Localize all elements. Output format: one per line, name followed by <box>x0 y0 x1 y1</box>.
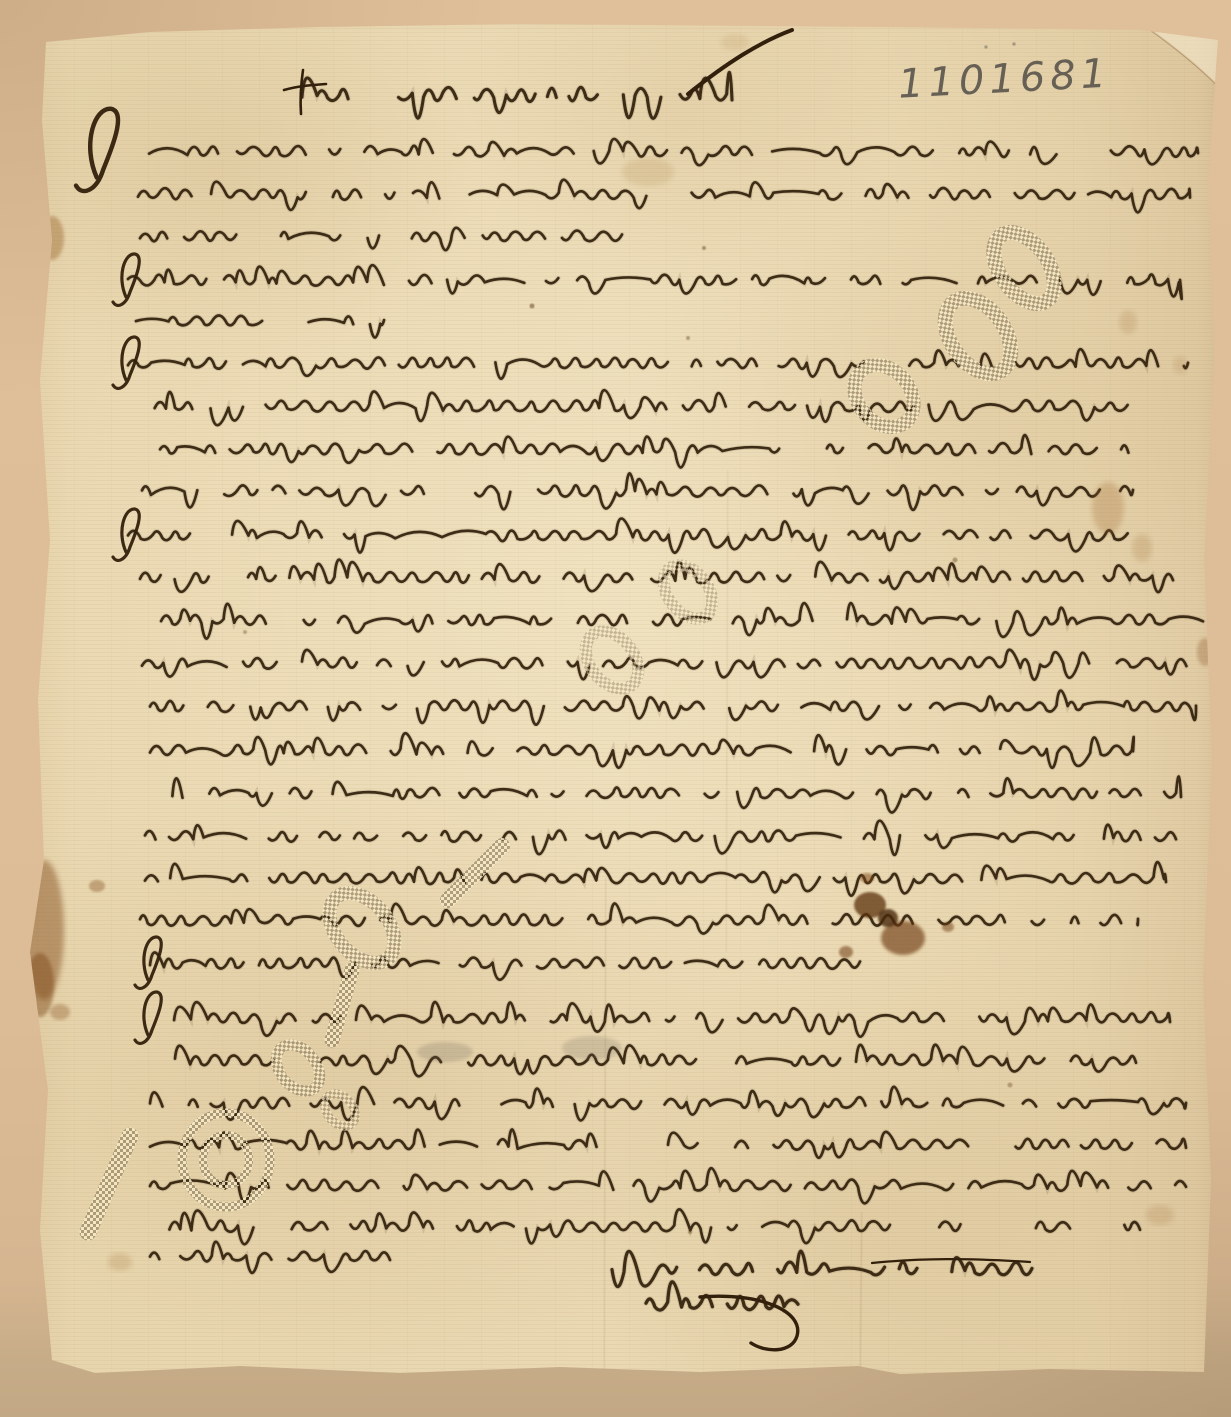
stain <box>688 1230 692 1234</box>
stain <box>839 946 853 958</box>
stain <box>40 216 64 260</box>
stain <box>530 304 535 309</box>
stain <box>89 880 105 892</box>
stain <box>108 1253 132 1271</box>
watermark-glyph <box>318 1088 361 1132</box>
fold-line <box>604 878 606 1370</box>
manuscript-overlay <box>0 0 1231 1417</box>
stain <box>1008 1083 1013 1088</box>
paragraph-initial <box>113 337 139 388</box>
manuscript-sheet: 1101681 <box>0 0 1231 1417</box>
script-line <box>140 228 622 250</box>
stain <box>622 158 674 186</box>
stain <box>686 336 690 340</box>
watermark-glyph <box>981 221 1066 314</box>
script-line-halo <box>172 777 1181 813</box>
script-line <box>150 1129 1186 1157</box>
stain <box>702 246 706 250</box>
stain <box>721 34 749 50</box>
watermark-glyph <box>932 286 1024 386</box>
script-line <box>128 519 1128 553</box>
stain <box>243 630 247 634</box>
stain <box>1173 356 1187 374</box>
stain <box>562 1036 622 1060</box>
stain <box>50 1004 70 1020</box>
stain <box>1119 310 1137 334</box>
stain-layer <box>24 34 1213 1271</box>
stain <box>1092 482 1124 534</box>
stain <box>878 909 898 927</box>
watermark-layer <box>88 221 1067 1232</box>
stain <box>26 953 54 1017</box>
script-line-halo <box>140 560 1173 592</box>
watermark-glyph <box>182 1113 270 1207</box>
script-line-halo <box>140 904 1138 934</box>
script-line <box>150 733 1134 768</box>
stain <box>1012 42 1015 45</box>
script-line <box>150 952 860 979</box>
watermark-glyph <box>88 1136 130 1232</box>
stain <box>953 558 958 563</box>
paragraph-initial <box>135 992 161 1043</box>
stain <box>1197 638 1213 666</box>
script-line-halo <box>128 349 1188 379</box>
script-line-halo <box>138 180 1190 213</box>
script-line <box>302 72 732 118</box>
script-line-halo <box>145 821 1176 855</box>
watermark-glyph <box>267 1037 328 1100</box>
stain <box>1146 1205 1174 1225</box>
script-line <box>169 1209 1140 1244</box>
stain <box>942 922 954 932</box>
script-line <box>140 904 1138 934</box>
script-line-halo <box>150 1168 1186 1203</box>
watermark-glyph <box>332 970 352 1040</box>
paragraph-initial <box>76 109 118 191</box>
scan-background: 1101681 <box>0 0 1231 1417</box>
script-line <box>145 821 1176 855</box>
stain <box>984 45 987 48</box>
fold-line <box>860 1212 862 1372</box>
stain <box>417 1042 473 1062</box>
stain <box>860 873 874 883</box>
stain <box>1132 534 1152 562</box>
